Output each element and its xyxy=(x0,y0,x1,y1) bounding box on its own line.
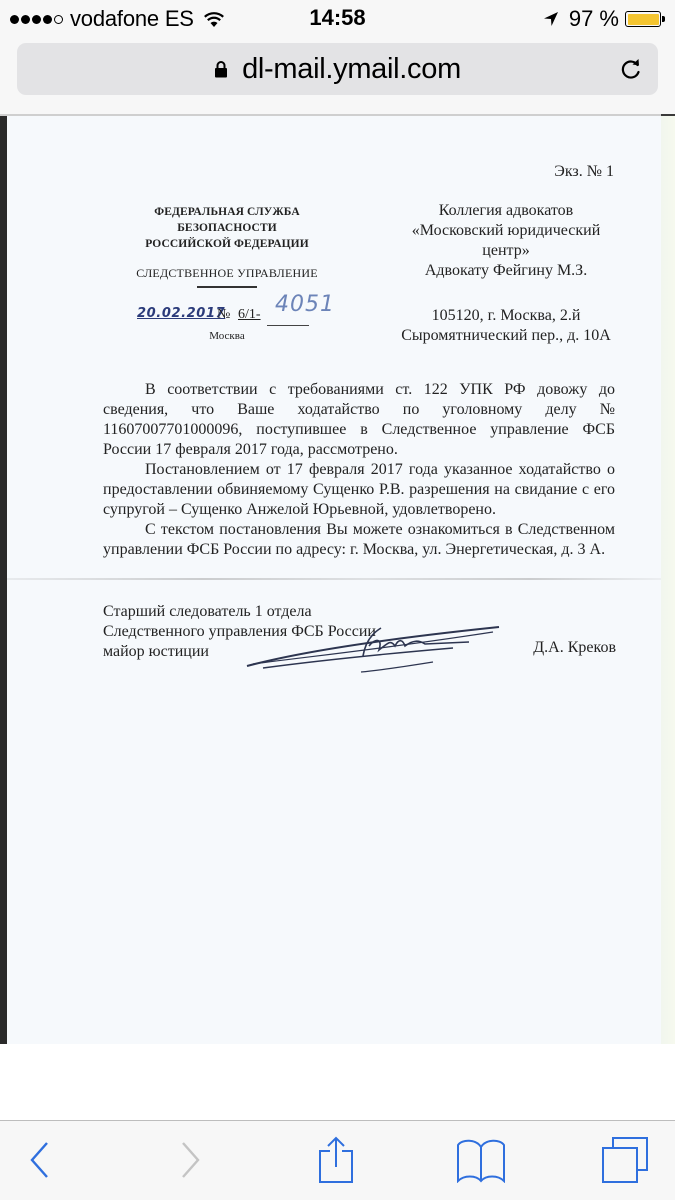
paragraph: Постановлением от 17 февраля 2017 года у… xyxy=(103,460,615,520)
paper-fold-line xyxy=(7,578,661,580)
browser-toolbar xyxy=(0,1120,675,1200)
address-bar[interactable]: dl-mail.ymail.com xyxy=(17,43,658,95)
addressee-address1: 105120, г. Москва, 2.й xyxy=(387,306,625,326)
addressee-line1: Коллегия адвокатов xyxy=(387,201,625,221)
handwritten-number: 4051 xyxy=(275,292,335,317)
addressee-block: Коллегия адвокатов «Московский юридическ… xyxy=(387,201,625,346)
tabs-icon xyxy=(601,1136,649,1184)
sender-org-line1: ФЕДЕРАЛЬНАЯ СЛУЖБА БЕЗОПАСНОСТИ xyxy=(107,204,347,236)
number-underline xyxy=(267,325,309,326)
tabs-button[interactable] xyxy=(598,1133,652,1187)
book-icon xyxy=(456,1137,506,1183)
sender-org-line2: РОССИЙСКОЙ ФЕДЕРАЦИИ xyxy=(107,236,347,252)
scan-right-edge xyxy=(661,116,675,1044)
location-arrow-icon xyxy=(543,11,559,27)
divider xyxy=(197,286,257,288)
reload-icon[interactable] xyxy=(618,56,644,82)
sender-city: Москва xyxy=(107,330,347,342)
chevron-left-icon xyxy=(27,1140,51,1180)
signatory-name: Д.А. Креков xyxy=(533,639,616,657)
back-button[interactable] xyxy=(12,1133,66,1187)
scan-left-edge xyxy=(0,116,7,1044)
paragraph: В соответствии с требованиями ст. 122 УП… xyxy=(103,380,615,460)
letter-body: В соответствии с требованиями ст. 122 УП… xyxy=(103,380,615,560)
url-text[interactable]: dl-mail.ymail.com xyxy=(242,53,461,86)
page-bottom-space xyxy=(0,1044,675,1120)
copy-number: Экз. № 1 xyxy=(554,163,614,181)
number-prefix: 6/1- xyxy=(238,307,261,323)
forward-button[interactable] xyxy=(164,1133,218,1187)
scanned-letter: Экз. № 1 ФЕДЕРАЛЬНАЯ СЛУЖБА БЕЗОПАСНОСТИ… xyxy=(7,116,661,1044)
handwritten-signature xyxy=(243,616,503,676)
browser-address-area: dl-mail.ymail.com xyxy=(0,38,675,114)
battery-percent: 97 % xyxy=(569,6,619,32)
handwritten-date: 20.02.2017 xyxy=(137,306,225,321)
paragraph: С текстом постановления Вы можете ознако… xyxy=(103,520,615,560)
addressee-line2: «Московский юридический центр» xyxy=(387,221,625,261)
registration-line: 20.02.2017 № 6/1- 4051 xyxy=(107,298,347,326)
addressee-address2: Сыромятнический пер., д. 10А xyxy=(387,326,625,346)
chevron-right-icon xyxy=(179,1140,203,1180)
lock-icon xyxy=(214,60,228,78)
number-sign: № xyxy=(217,307,230,323)
share-icon xyxy=(316,1135,356,1185)
addressee-line3: Адвокату Фейгину М.З. xyxy=(387,261,625,281)
bookmarks-button[interactable] xyxy=(454,1133,508,1187)
sender-block: ФЕДЕРАЛЬНАЯ СЛУЖБА БЕЗОПАСНОСТИ РОССИЙСК… xyxy=(107,204,347,342)
share-button[interactable] xyxy=(309,1133,363,1187)
battery-icon xyxy=(625,11,661,27)
status-bar: vodafone ES 14:58 97 % xyxy=(0,0,675,38)
status-right: 97 % xyxy=(543,6,661,32)
sender-department: СЛЕДСТВЕННОЕ УПРАВЛЕНИЕ xyxy=(107,266,347,281)
document-viewer[interactable]: Экз. № 1 ФЕДЕРАЛЬНАЯ СЛУЖБА БЕЗОПАСНОСТИ… xyxy=(0,114,675,1044)
